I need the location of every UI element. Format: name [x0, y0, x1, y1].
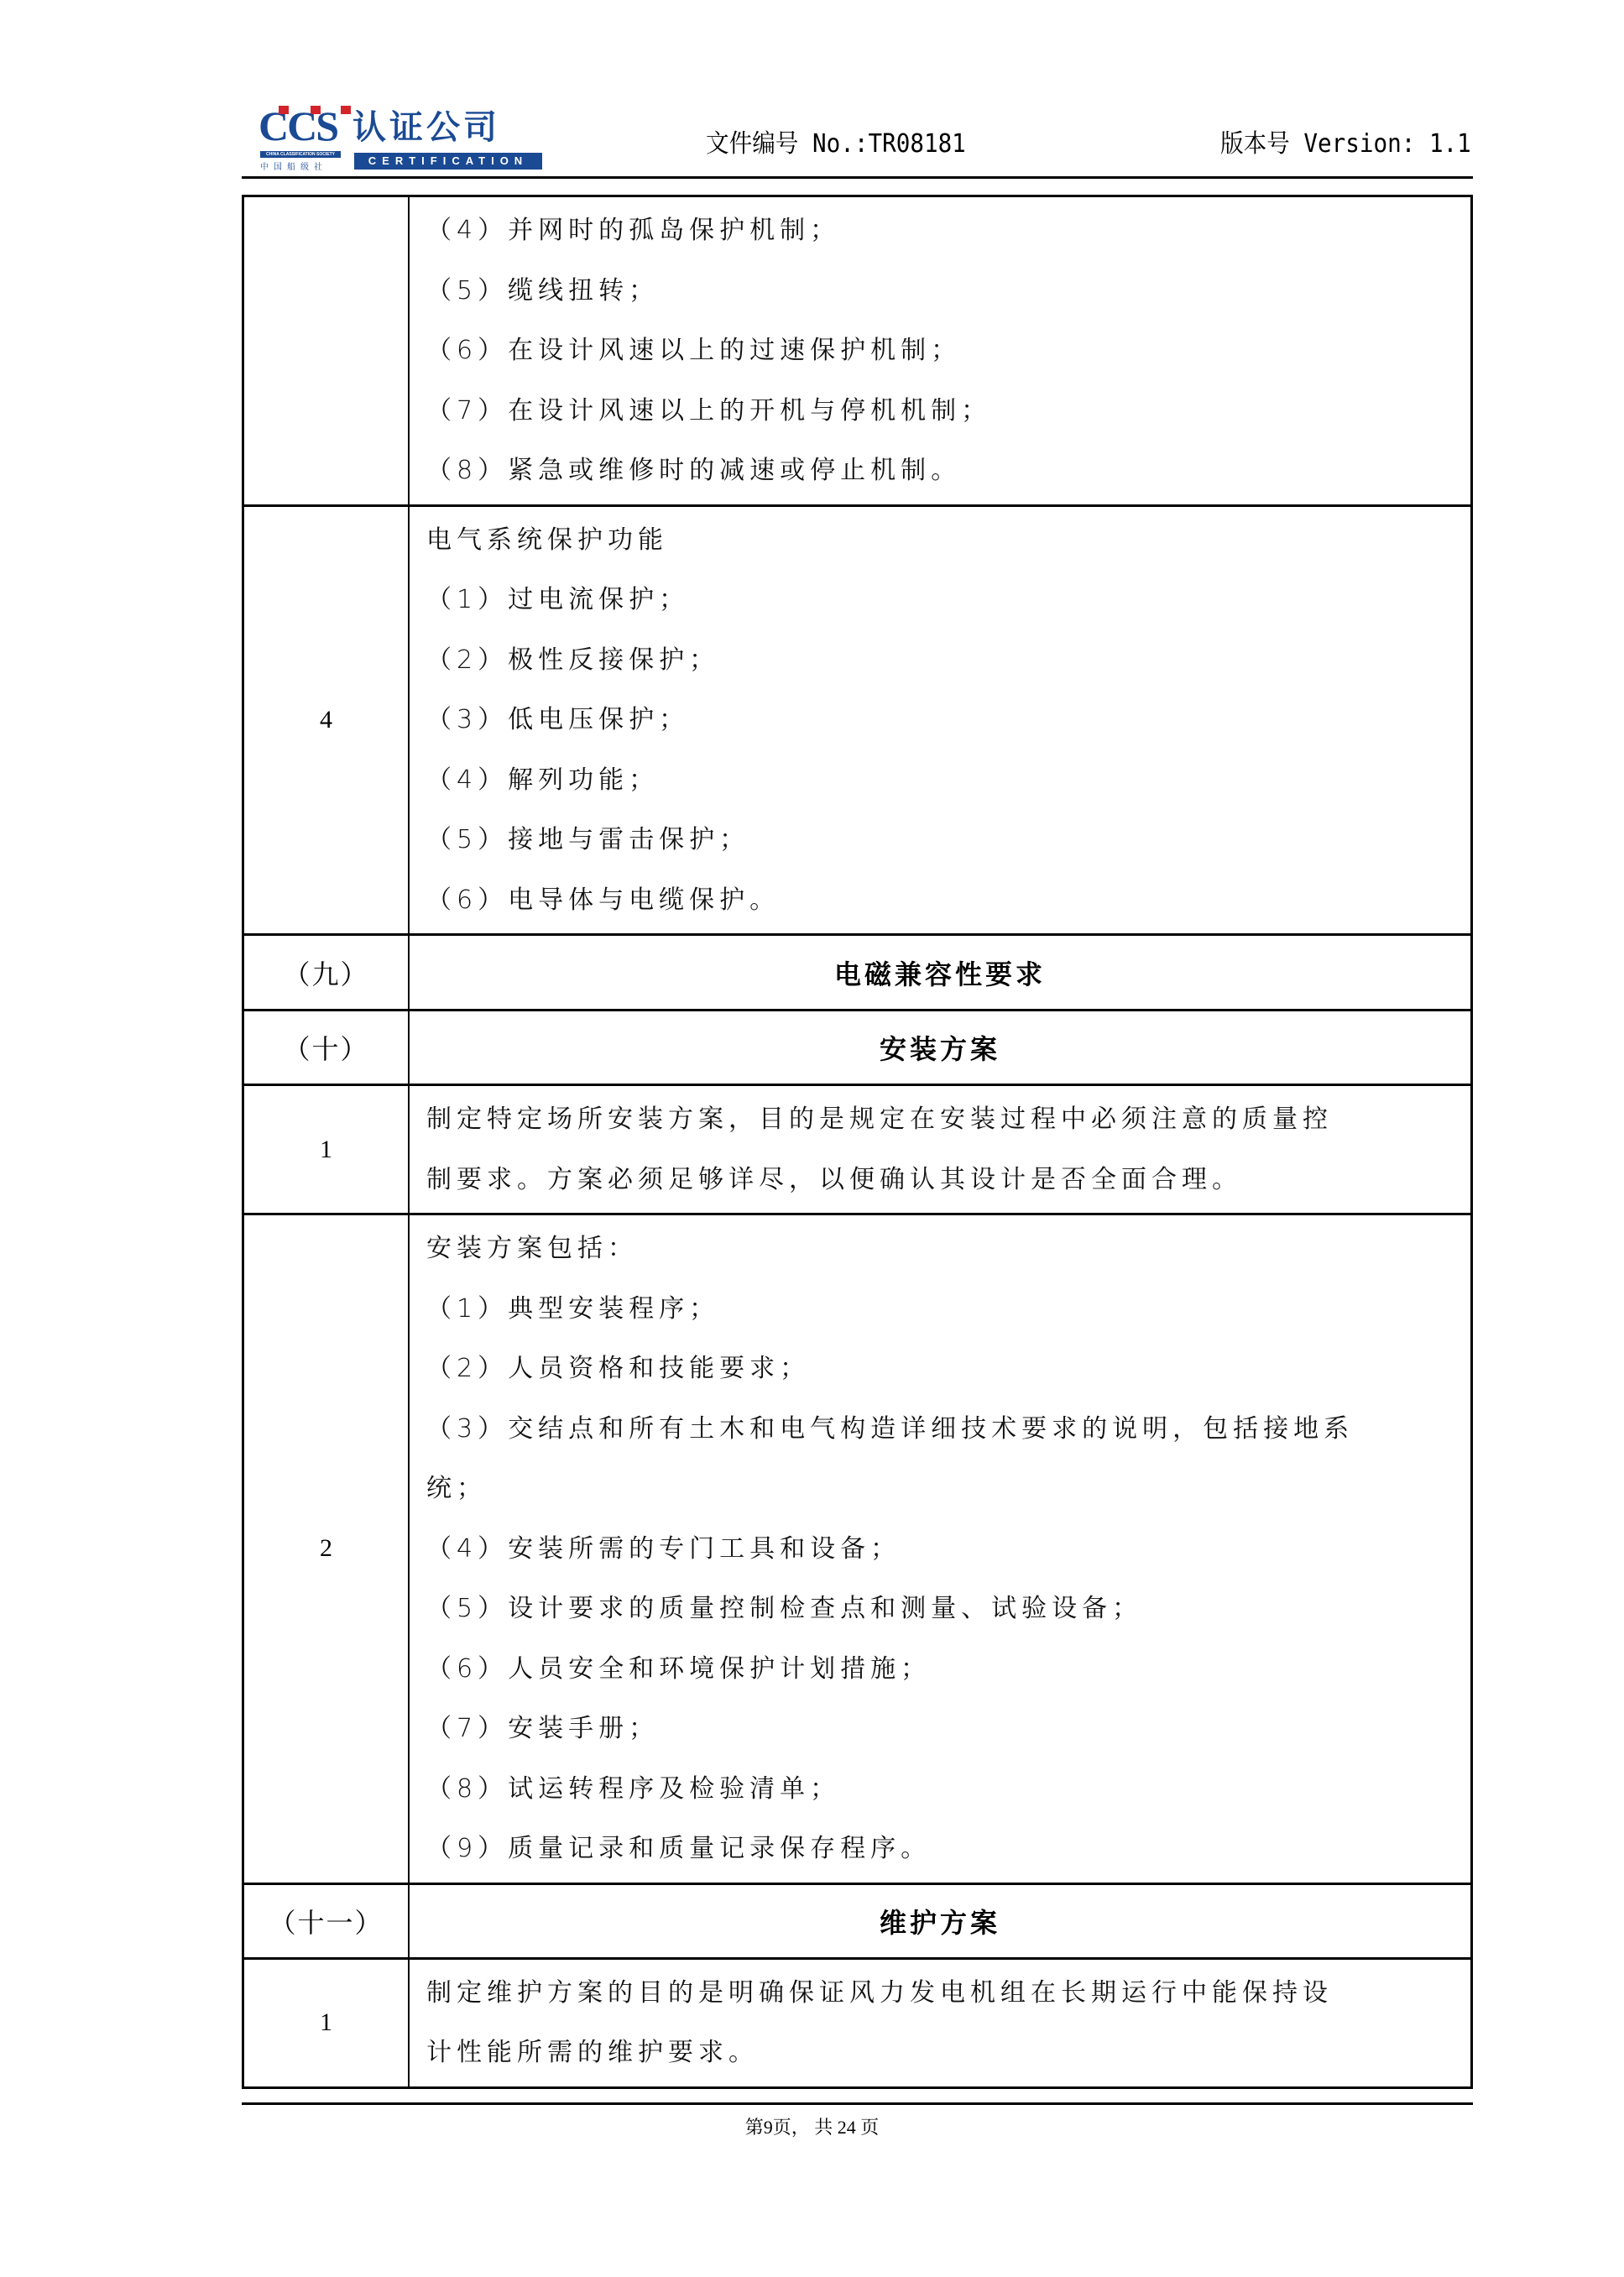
section-title-cell: 电磁兼容性要求: [410, 936, 1470, 1009]
section-row: （九）电磁兼容性要求: [244, 933, 1470, 1009]
document-version: 版本号 Version: 1.1: [1220, 128, 1471, 161]
item-number: 2: [244, 1215, 410, 1883]
item-number: [244, 197, 410, 504]
content-line: 计性能所需的维护要求。: [426, 2023, 1454, 2083]
section-row: （十）安装方案: [244, 1009, 1470, 1084]
content-line: （5）接地与雷击保护；: [426, 810, 1454, 870]
item-content: 安装方案包括：（1）典型安装程序；（2）人员资格和技能要求；（3）交结点和所有土…: [410, 1215, 1470, 1883]
content-line: （7）安装手册；: [426, 1699, 1454, 1759]
content-line: 安装方案包括：: [426, 1219, 1454, 1279]
logo-accent: [279, 106, 289, 114]
item-number: 1: [244, 1960, 410, 2086]
table-row: 4电气系统保护功能（1）过电流保护；（2）极性反接保护；（3）低电压保护；（4）…: [244, 504, 1470, 934]
section-number: （十一）: [244, 1885, 410, 1957]
logo-company-cn: 认证公司: [352, 109, 500, 146]
footer-divider: [242, 2102, 1473, 2105]
content-line: （8）试运转程序及检验清单；: [426, 1759, 1454, 1820]
header-divider: [242, 176, 1473, 179]
content-line: 制定特定场所安装方案，目的是规定在安装过程中必须注意的质量控: [426, 1089, 1454, 1150]
content-line: （4）安装所需的专门工具和设备；: [426, 1519, 1454, 1580]
item-number: 1: [244, 1086, 410, 1213]
content-line: （6）人员安全和环境保护计划措施；: [426, 1639, 1454, 1700]
content-line: （2）极性反接保护；: [426, 630, 1454, 691]
section-title: 维护方案: [880, 1902, 1000, 1940]
section-number: （十）: [244, 1011, 410, 1084]
content-line: （5）缆线扭转；: [426, 261, 1454, 321]
table-row: （4）并网时的孤岛保护机制；（5）缆线扭转；（6）在设计风速以上的过速保护机制；…: [244, 197, 1470, 504]
logo-accent: [311, 106, 321, 114]
item-number: 4: [244, 507, 410, 934]
content-line: （7）在设计风速以上的开机与停机机制；: [426, 381, 1454, 441]
content-line: （3）交结点和所有土木和电气构造详细技术要求的说明，包括接地系: [426, 1399, 1454, 1460]
content-line: （9）质量记录和质量记录保存程序。: [426, 1819, 1454, 1879]
content-line: （1）过电流保护；: [426, 570, 1454, 630]
page-number: 第9页， 共 24 页: [0, 2113, 1624, 2139]
logo-company-en: CERTIFICATION: [354, 153, 542, 170]
item-content: 制定特定场所安装方案，目的是规定在安装过程中必须注意的质量控制要求。方案必须足够…: [410, 1086, 1470, 1213]
section-row: （十一）维护方案: [244, 1883, 1470, 1957]
document-number: 文件编号 No.:TR08181: [706, 128, 966, 161]
table-row: 1制定维护方案的目的是明确保证风力发电机组在长期运行中能保持设计性能所需的维护要…: [244, 1957, 1470, 2086]
content-line: （5）设计要求的质量控制检查点和测量、试验设备；: [426, 1579, 1454, 1639]
logo-society-en: CHINA CLASSIFICATION SOCIETY: [260, 151, 341, 158]
item-content: 电气系统保护功能（1）过电流保护；（2）极性反接保护；（3）低电压保护；（4）解…: [410, 507, 1470, 934]
section-title-cell: 维护方案: [410, 1885, 1470, 1957]
content-line: （2）人员资格和技能要求；: [426, 1339, 1454, 1399]
section-number: （九）: [244, 936, 410, 1009]
table-row: 2安装方案包括：（1）典型安装程序；（2）人员资格和技能要求；（3）交结点和所有…: [244, 1213, 1470, 1883]
section-title: 电磁兼容性要求: [834, 953, 1046, 992]
logo-mark: CCS: [258, 104, 337, 148]
logo-society-cn: 中国船级社: [260, 159, 327, 172]
content-line: 电气系统保护功能: [426, 510, 1454, 571]
section-title-cell: 安装方案: [410, 1011, 1470, 1084]
requirements-table: （4）并网时的孤岛保护机制；（5）缆线扭转；（6）在设计风速以上的过速保护机制；…: [242, 195, 1473, 2089]
content-line: 制定维护方案的目的是明确保证风力发电机组在长期运行中能保持设: [426, 1963, 1454, 2024]
content-line: （1）典型安装程序；: [426, 1279, 1454, 1340]
content-line: （3）低电压保护；: [426, 690, 1454, 750]
item-content: 制定维护方案的目的是明确保证风力发电机组在长期运行中能保持设计性能所需的维护要求…: [410, 1960, 1470, 2086]
content-line: （8）紧急或维修时的减速或停止机制。: [426, 441, 1454, 501]
content-line: （6）在设计风速以上的过速保护机制；: [426, 321, 1454, 381]
section-title: 安装方案: [880, 1028, 1000, 1067]
ccs-certification-logo: CCS CHINA CLASSIFICATION SOCIETY 中国船级社 认…: [258, 104, 544, 170]
content-line: （4）并网时的孤岛保护机制；: [426, 201, 1454, 261]
content-line: 制要求。方案必须足够详尽，以便确认其设计是否全面合理。: [426, 1150, 1454, 1210]
table-row: 1制定特定场所安装方案，目的是规定在安装过程中必须注意的质量控制要求。方案必须足…: [244, 1084, 1470, 1213]
logo-accent: [341, 106, 351, 114]
content-line: 统；: [426, 1459, 1454, 1519]
item-content: （4）并网时的孤岛保护机制；（5）缆线扭转；（6）在设计风速以上的过速保护机制；…: [410, 197, 1470, 504]
page-header: CCS CHINA CLASSIFICATION SOCIETY 中国船级社 认…: [242, 94, 1473, 178]
content-line: （6）电导体与电缆保护。: [426, 870, 1454, 931]
content-line: （4）解列功能；: [426, 750, 1454, 811]
